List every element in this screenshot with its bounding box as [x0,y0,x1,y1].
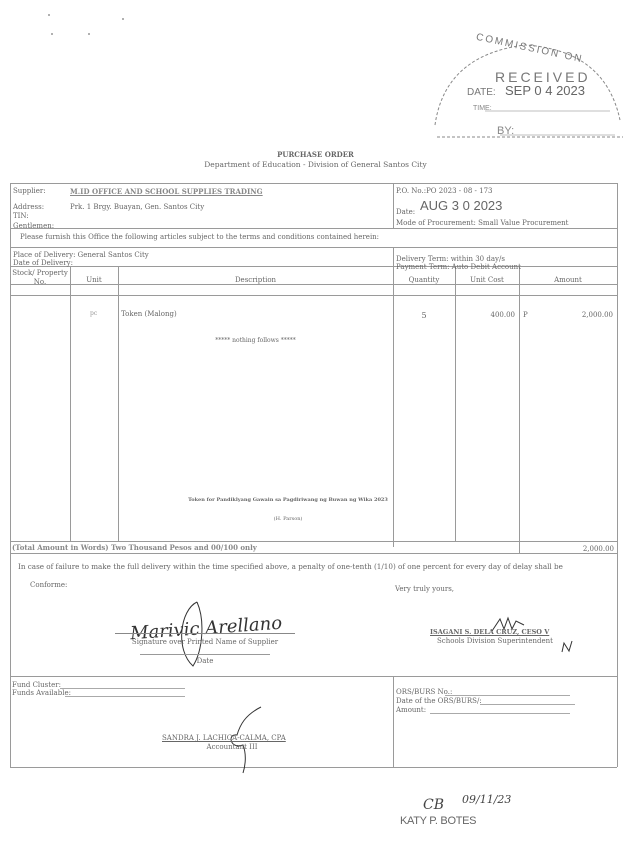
fund-cluster-label: Fund Cluster: [12,681,61,689]
accountant-title: Accountant III [162,743,302,751]
penalty-clause: In case of failure to make the full deli… [18,562,563,571]
purpose-ref: (H. Parson) [118,516,458,522]
funds-available-label: Funds Available: [12,689,71,697]
row-unit: pc [90,310,97,317]
scan-speck [88,33,90,35]
ors-amount-label: Amount: [396,706,426,714]
tin-label: TIN: [13,212,29,220]
scan-speck [48,14,50,16]
header-quantity: Quantity [393,276,455,284]
page-subtitle: Department of Education - Division of Ge… [0,160,631,169]
row-quantity: 5 [393,311,455,320]
stamp-date-value: SEP 0 4 2023 [505,83,585,98]
nothing-follows: ***** nothing follows ***** [118,337,393,344]
receiver-name: KATY P. BOTES [400,815,476,827]
date-of-delivery: Date of Delivery: [13,259,73,267]
stamp-date-label: DATE: [467,87,496,98]
row-amount: 2,000.00 [519,311,613,319]
supplier-label: Supplier: [13,187,46,195]
address-label: Address: [13,203,44,211]
row-description: Token (Malong) [121,310,177,318]
payment-term: Payment Term: Auto Debit Account [396,263,521,271]
row-unit-cost: 400.00 [455,311,515,319]
supplier-value: M.ID OFFICE AND SCHOOL SUPPLIES TRADING [70,187,263,196]
procurement-mode: Mode of Procurement: Small Value Procure… [396,219,568,227]
header-unit: Unit [70,276,118,284]
stamp-by-label: BY: [497,125,514,137]
ors-date-label: Date of the ORS/BURS/: [396,697,482,705]
po-date-value: AUG 3 0 2023 [420,198,502,213]
scan-speck [51,33,53,35]
ors-number-label: ORS/BURS No.: [396,688,452,696]
header-unit-cost: Unit Cost [455,276,519,284]
header-description: Description [118,276,393,284]
supplier-sign-label: Signature over Printed Name of Supplier [115,638,295,646]
superintendent-title: Schools Division Superintendent [437,637,553,645]
initial-mark-icon [560,640,574,654]
page-title: PURCHASE ORDER [0,150,631,159]
delivery-term: Delivery Term: within 30 day/s [396,255,505,263]
po-number: P.O. No.:PO 2023 - 08 - 173 [396,187,492,195]
purpose-text: Token for Pandiklyang Gawain sa Pagdiriw… [118,497,458,503]
scan-speck [122,18,124,20]
stamp-time-label: TIME: [473,105,492,112]
header-amount: Amount [519,276,617,284]
gentlemen-label: Gentlemen: [13,222,54,230]
superintendent-name: ISAGANI S. DELA CRUZ, CESO V [430,628,549,636]
address-value: Prk. 1 Brgy. Buayan, Gen. Santos City [70,203,204,211]
very-truly-label: Very truly yours, [395,585,454,593]
po-date-label: Date: [396,208,415,216]
instruction-text: Please furnish this Office the following… [20,233,379,241]
accountant-name: SANDRA J. LACHICA-CALMA, CPA [162,734,286,742]
receiver-initials: CB [423,797,444,813]
total-in-words: (Total Amount in Words) Two Thousand Pes… [12,543,257,552]
received-stamp: COMMISSION ON RECEIVED DATE: SEP 0 4 202… [425,25,625,145]
place-of-delivery: Place of Delivery: General Santos City [13,251,149,259]
total-amount: 2,000.00 [519,545,614,553]
header-stock-no: Stock/ Property No. [10,269,70,287]
receiver-date: 09/11/23 [462,793,511,806]
date-label: Date [140,657,270,665]
conforme-label: Conforme: [30,581,67,589]
